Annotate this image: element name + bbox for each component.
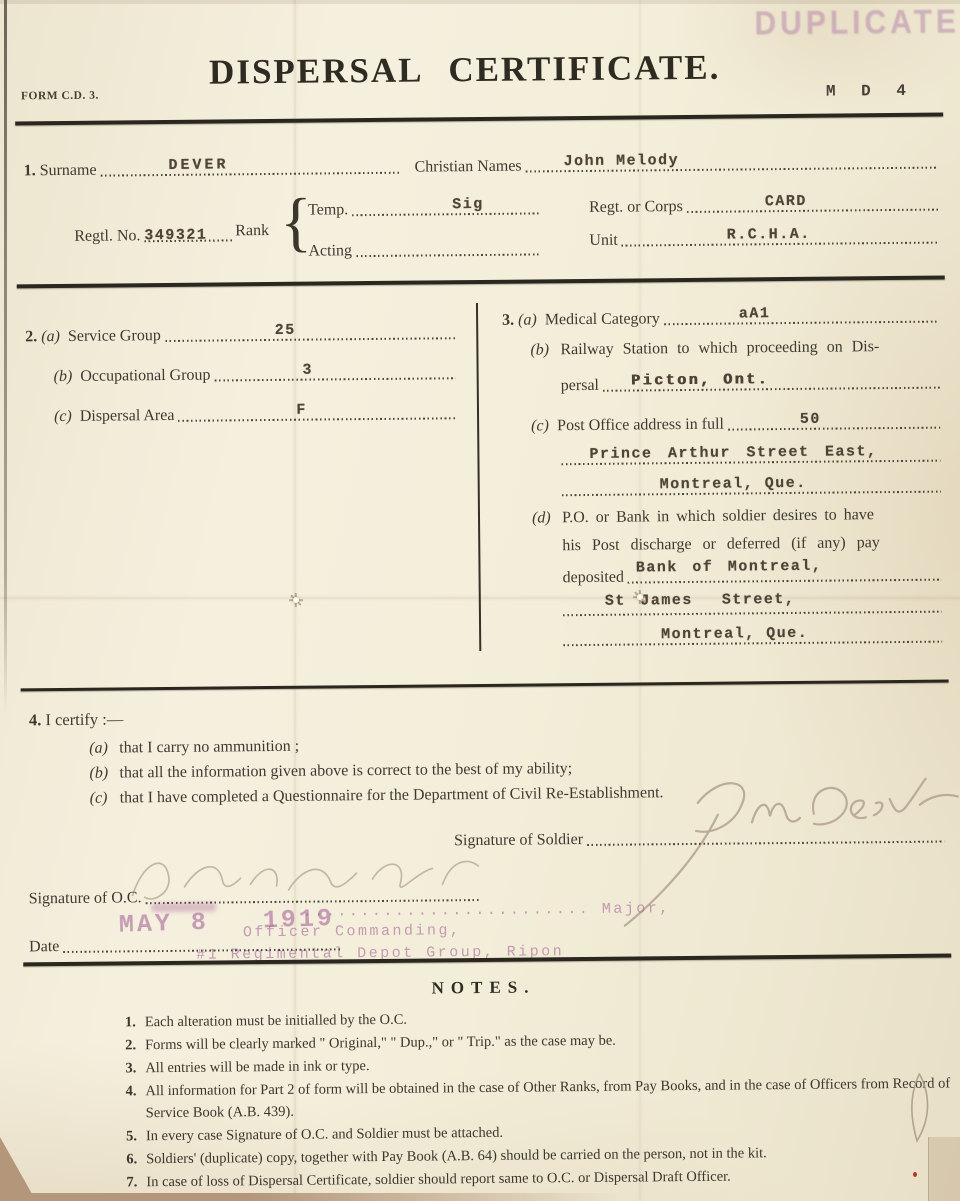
scan-edge: [0, 0, 960, 4]
oc-signature-label: Signature of O.C.: [29, 889, 142, 908]
christian-names-label: Christian Names: [414, 158, 521, 177]
bank-line5: Montreal, Que.: [563, 622, 942, 650]
service-group-field: 2. (a) Service Group 25: [25, 318, 455, 346]
dotted-leader: Sig: [352, 212, 540, 216]
occupational-group-field: (b) Occupational Group 3: [54, 358, 456, 386]
service-group-value: 25: [275, 322, 296, 339]
rank-acting-field: Acting: [308, 234, 540, 260]
note-number: 1.: [116, 1011, 136, 1033]
backing-board-strip: [0, 1193, 620, 1201]
post-office-address-value: 50: [800, 411, 821, 428]
item-a-tag: (a): [518, 311, 537, 329]
scanned-dispersal-certificate: DUPLICATE FORM C.D. 3. DISPERSAL CERTIFI…: [0, 0, 960, 1201]
dotted-leader: DEVER: [101, 172, 401, 177]
bank-line2: his Post discharge or deferred (if any) …: [562, 534, 880, 555]
persal-label: persal: [561, 377, 599, 395]
certify-item-a-text: that I carry no ammunition ;: [119, 738, 299, 757]
dotted-leader: 3: [215, 377, 456, 381]
address-line2: Prince Arthur Street East,: [561, 441, 940, 469]
address-line3: Montreal, Que.: [562, 472, 941, 500]
dotted-leader: Prince Arthur Street East,: [561, 460, 940, 466]
bank-deposited-field: deposited Bank of Montreal,: [562, 560, 941, 588]
dotted-leader: Bank of Montreal,: [628, 579, 942, 584]
regt-or-corps-field: Regt. or Corps CARD: [589, 190, 938, 217]
notes-list: 1. Each alteration must be initialled by…: [116, 1003, 956, 1194]
rank-label: Rank: [235, 222, 269, 240]
item-c-tag: (c): [54, 408, 72, 426]
dotted-leader: CARD: [687, 209, 938, 213]
page-title: DISPERSAL CERTIFICATE.: [145, 47, 785, 93]
item-d-tag: (d): [532, 509, 562, 527]
item-a-tag: (a): [89, 739, 119, 757]
certify-heading: 4. I certify :—: [29, 709, 124, 730]
occupational-group-value: 3: [302, 362, 313, 379]
notes-heading: NOTES.: [3, 973, 960, 1002]
scan-edge: [4, 0, 7, 715]
dotted-leader: 25: [165, 337, 455, 342]
regtl-no-field: Regtl. No. 349321: [74, 220, 232, 246]
regtl-no-label: Regtl. No.: [74, 227, 140, 246]
column-divider: [476, 303, 481, 651]
horizontal-rule: [21, 680, 949, 692]
note-number: 6.: [117, 1148, 137, 1170]
dotted-leader: 50: [728, 427, 940, 431]
date-label: Date: [29, 938, 59, 956]
item-b-tag: (b): [54, 368, 73, 386]
dotted-leader: St James Street,: [563, 611, 942, 617]
red-speck: [913, 1172, 917, 1177]
regt-or-corps-label: Regt. or Corps: [589, 198, 683, 217]
bank-line4-value: St James Street,: [605, 591, 796, 610]
surname-label: Surname: [40, 162, 97, 181]
certify-item-b-text: that all the information given above is …: [119, 760, 572, 781]
dotted-leader: [587, 841, 944, 846]
dotted-leader: Montreal, Que.: [562, 491, 941, 497]
rank-temp-field: Temp. Sig: [308, 193, 540, 219]
item-c-tag: (c): [90, 789, 120, 807]
pencil-mark: [897, 1071, 942, 1145]
medical-category-value: aA1: [739, 305, 771, 322]
regtl-no-value: 349321: [144, 227, 207, 245]
under-sheet-corner: [928, 1137, 960, 1201]
post-office-address-label: Post Office address in full: [557, 416, 724, 436]
service-group-label: Service Group: [68, 327, 161, 346]
certify-item-c-text: that I have completed a Questionnaire fo…: [120, 784, 664, 806]
part2-number: 2.: [25, 328, 37, 346]
address-line3-value: Montreal, Que.: [660, 475, 807, 493]
railway-station-text: Railway Station to which proceeding on D…: [560, 338, 879, 358]
note-number: 2.: [116, 1034, 136, 1056]
surname-value: DEVER: [168, 156, 228, 174]
duplicate-stamp: DUPLICATE: [754, 3, 960, 43]
christian-names-value: John Melody: [563, 152, 679, 170]
medical-category-label: Medical Category: [545, 310, 660, 329]
certify-item-b: (b)that all the information given above …: [89, 760, 572, 783]
railway-station-value: Picton, Ont.: [631, 371, 769, 389]
note-number: 4.: [116, 1080, 136, 1124]
unit-value: R.C.H.A.: [727, 226, 811, 244]
item-a-tag: (a): [41, 328, 60, 346]
certify-heading-text: I certify :—: [45, 709, 123, 729]
address-line2-value: Prince Arthur Street East,: [589, 443, 877, 463]
certify-item-a: (a)that I carry no ammunition ;: [89, 738, 299, 758]
unit-field: Unit R.C.H.A.: [589, 223, 938, 250]
dotted-leader: John Melody: [526, 167, 938, 173]
dispersal-area-field: (c) Dispersal Area F: [54, 398, 456, 426]
bank-value: Bank of Montreal,: [636, 558, 823, 577]
item-b-tag: (b): [530, 341, 560, 359]
item-c-tag: (c): [531, 417, 557, 435]
part1-number: 1.: [24, 162, 36, 180]
form-number: FORM C.D. 3.: [21, 90, 99, 103]
note-text: All information for Part 2 of form will …: [145, 1072, 954, 1124]
dotted-leader: F: [178, 417, 456, 422]
post-office-address-field: (c) Post Office address in full 50: [531, 408, 940, 436]
part3-number: 3.: [502, 312, 514, 330]
horizontal-rule: [17, 276, 945, 289]
dotted-leader: Picton, Ont.: [603, 387, 940, 392]
item-b-tag: (b): [89, 764, 119, 782]
oc-stamp-line1: ......................... Major,: [303, 900, 671, 921]
acting-label: Acting: [308, 242, 352, 260]
dotted-leader: aA1: [664, 321, 939, 326]
district-code: M D 4: [826, 82, 914, 101]
dotted-leader: [63, 948, 341, 953]
temp-label: Temp.: [308, 201, 348, 219]
certify-item-c: (c)that I have completed a Questionnaire…: [90, 784, 664, 808]
bank-line5-value: Montreal, Que.: [661, 625, 808, 643]
regt-or-corps-value: CARD: [765, 193, 807, 210]
bank-line4: St James Street,: [563, 592, 942, 620]
note-number: 7.: [117, 1171, 137, 1193]
form-content: DUPLICATE FORM C.D. 3. DISPERSAL CERTIFI…: [0, 0, 960, 1201]
temp-value: Sig: [452, 196, 484, 213]
railway-station-line1: (b)Railway Station to which proceeding o…: [530, 338, 879, 359]
note-item: 4. All information for Part 2 of form wi…: [116, 1072, 954, 1124]
horizontal-rule: [15, 113, 943, 126]
dotted-leader: [356, 253, 540, 257]
dispersal-area-label: Dispersal Area: [80, 407, 175, 426]
surname-field: 1. Surname DEVER Christian Names John Me…: [24, 148, 938, 181]
railway-station-field: persal Picton, Ont.: [561, 368, 940, 396]
note-number: 3.: [116, 1057, 136, 1079]
unit-label: Unit: [589, 232, 618, 250]
medical-category-field: 3. (a) Medical Category aA1: [502, 302, 939, 330]
occupational-group-label: Occupational Group: [80, 367, 210, 386]
dispersal-area-value: F: [296, 402, 307, 419]
soldier-signature-field: Signature of Soldier: [454, 822, 944, 851]
date-field: Date: [29, 929, 341, 956]
deposited-label: deposited: [563, 569, 624, 588]
part4-number: 4.: [29, 710, 42, 729]
bank-text-line1: P.O. or Bank in which soldier desires to…: [562, 506, 874, 526]
bank-line1: (d)P.O. or Bank in which soldier desires…: [532, 506, 874, 527]
dotted-leader: R.C.H.A.: [622, 242, 939, 247]
note-number: 5.: [117, 1125, 137, 1147]
dotted-leader: Montreal, Que.: [563, 641, 942, 647]
